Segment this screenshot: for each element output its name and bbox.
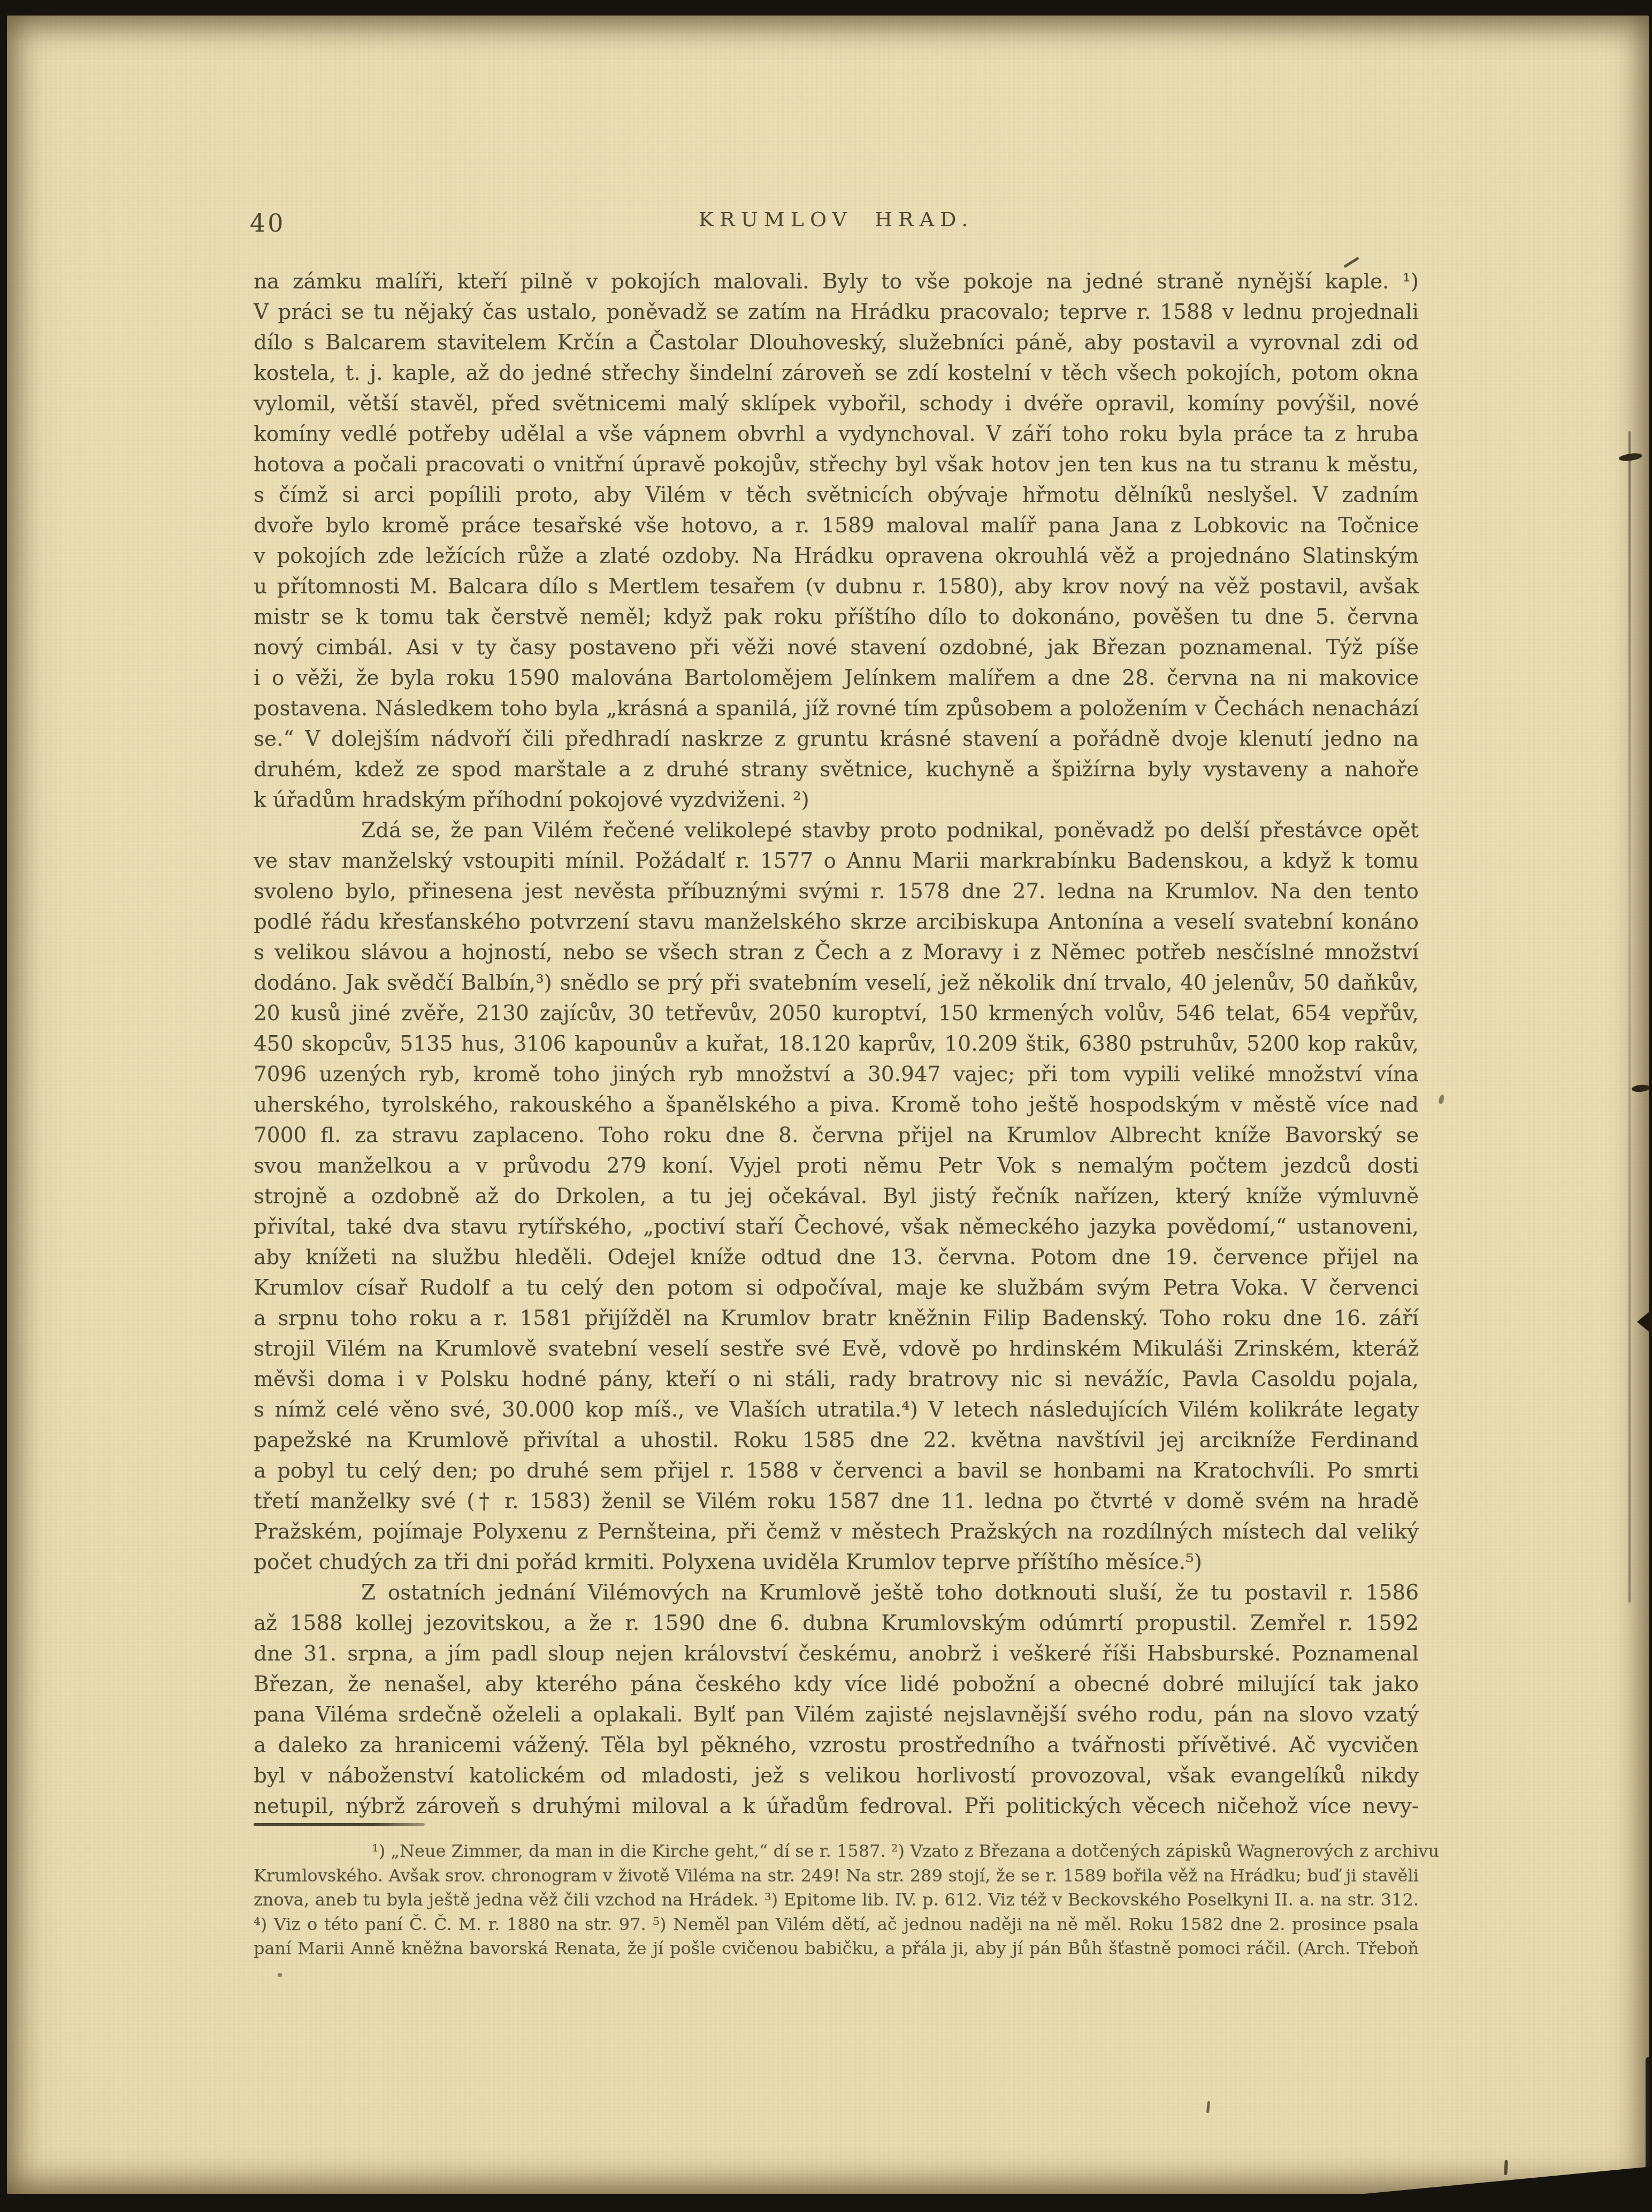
text-line: a srpnu toho roku a r. 1581 přijížděl na… [254, 1303, 1419, 1334]
text-line: a daleko za hranicemi vážený. Těla byl p… [254, 1730, 1419, 1761]
text-line: vylomil, větší stavěl, před světnicemi m… [254, 388, 1419, 419]
text-line: komíny vedlé potřeby udělal a vše vápnem… [254, 419, 1419, 449]
text-line: 7000 fl. za stravu zaplaceno. Toho roku … [254, 1120, 1419, 1151]
text-line: ⁴) Viz o této paní Č. Č. M. r. 1880 na s… [254, 1912, 1419, 1937]
text-line: paní Marii Anně kněžna bavorská Renata, … [254, 1937, 1419, 1961]
text-line: postavena. Následkem toho byla „krásná a… [254, 693, 1419, 724]
text-line: s nímž celé věno své, 30.000 kop míš., v… [254, 1395, 1419, 1425]
text-line: Zdá se, že pan Vilém řečené velikolepé s… [254, 815, 1419, 846]
text-line: dílo s Balcarem stavitelem Krčín a Často… [254, 327, 1419, 358]
text-line: 20 kusů jiné zvěře, 2130 zajícův, 30 tet… [254, 998, 1419, 1029]
text-line: hotova a počali pracovati o vnitřní úpra… [254, 449, 1419, 480]
text-line: k úřadům hradským příhodní pokojové vyzd… [254, 785, 1419, 815]
body-text: na zámku malíři, kteří pilně v pokojích … [254, 266, 1419, 1821]
text-line: strojil Vilém na Krumlově svatební vesel… [254, 1334, 1419, 1364]
text-line: přivítal, také dva stavu rytířského, „po… [254, 1212, 1419, 1242]
text-line: nový cimbál. Asi v ty časy postaveno při… [254, 632, 1419, 663]
text-line: až 1588 kollej jezovitskou, a že r. 1590… [254, 1608, 1419, 1639]
text-line: dodáno. Jak svědčí Balbín,³) snědlo se p… [254, 968, 1419, 998]
text-line: 450 skopcův, 5135 hus, 3106 kapounův a k… [254, 1029, 1419, 1059]
text-line: Z ostatních jednání Vilémových na Krumlo… [254, 1578, 1419, 1608]
page-title: KRUMLOV HRAD. [254, 208, 1419, 231]
text-line: papežské na Krumlově přivítal a uhostil.… [254, 1425, 1419, 1456]
text-line: na zámku malíři, kteří pilně v pokojích … [254, 266, 1419, 297]
text-line: mistr se k tomu tak čerstvě neměl; když … [254, 602, 1419, 632]
text-line: Krumlov císař Rudolf a tu celý den potom… [254, 1273, 1419, 1303]
text-line: měvši doma i v Polsku hodné pány, kteří … [254, 1364, 1419, 1395]
text-line: počet chudých za tři dni pořád krmiti. P… [254, 1547, 1419, 1578]
text-line: kostela, t. j. kaple, až do jedné střech… [254, 358, 1419, 388]
text-line: a pobyl tu celý den; po druhé sem přijel… [254, 1456, 1419, 1486]
text-line: pana Viléma srdečně oželeli a oplakali. … [254, 1700, 1419, 1730]
text-line: svou manželkou a v průvodu 279 koní. Vyj… [254, 1151, 1419, 1181]
text-line: Pražském, pojímaje Polyxenu z Pernšteina… [254, 1517, 1419, 1547]
footnote-separator [254, 1823, 425, 1826]
text-line: u přítomnosti M. Balcara dílo s Mertlem … [254, 571, 1419, 602]
footnotes: ¹) „Neue Zimmer, da man in die Kirche ge… [254, 1839, 1419, 1961]
text-line: s čímž si arci popílili proto, aby Vilém… [254, 480, 1419, 510]
text-line: druhém, kdež ze spod marštale a z druhé … [254, 754, 1419, 785]
text-line: s velikou slávou a hojností, nebo se vše… [254, 937, 1419, 968]
text-line: dvoře bylo kromě práce tesařské vše hoto… [254, 510, 1419, 541]
text-line: byl v náboženství katolickém od mladosti… [254, 1761, 1419, 1791]
text-line: ve stav manželský vstoupiti mínil. Požád… [254, 846, 1419, 876]
text-line: Březan, že nenašel, aby kterého pána čes… [254, 1669, 1419, 1700]
text-line: aby knížeti na službu hleděli. Odejel kn… [254, 1242, 1419, 1273]
text-line: 7096 uzených ryb, kromě toho jiných ryb … [254, 1059, 1419, 1090]
text-line: se.“ V dolejším nádvoří čili předhradí n… [254, 724, 1419, 754]
text-line: netupil, nýbrž zároveň s druhými miloval… [254, 1791, 1419, 1821]
text-line: třetí manželky své († r. 1583) ženil se … [254, 1486, 1419, 1517]
text-line: uherského, tyrolského, rakouského a špan… [254, 1090, 1419, 1120]
text-line: podlé řádu křesťanského potvrzení stavu … [254, 907, 1419, 937]
text-line: Krumlovského. Avšak srov. chronogram v ž… [254, 1864, 1419, 1888]
text-line: V práci se tu nějaký čas ustalo, poněvad… [254, 297, 1419, 327]
text-line: i o věži, že byla roku 1590 malována Bar… [254, 663, 1419, 693]
text-line: ¹) „Neue Zimmer, da man in die Kirche ge… [254, 1839, 1419, 1864]
text-line: svoleno bylo, přinesena jest nevěsta pří… [254, 876, 1419, 907]
text-line: znova, aneb tu byla ještě jedna věž čili… [254, 1888, 1419, 1912]
text-line: dne 31. srpna, a jím padl sloup nejen kr… [254, 1639, 1419, 1669]
text-line: v pokojích zde ležících růže a zlaté ozd… [254, 541, 1419, 571]
text-line: strojně a ozdobně až do Drkolen, a tu je… [254, 1181, 1419, 1212]
scanned-book-page: 40 KRUMLOV HRAD. na zámku malíři, kteří … [0, 0, 1652, 2212]
